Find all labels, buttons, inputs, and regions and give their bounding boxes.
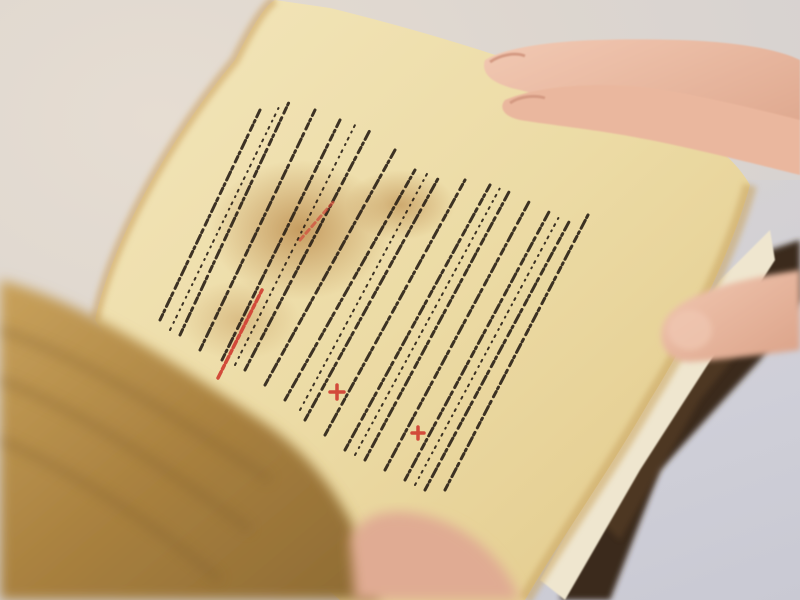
photo-scene: [0, 0, 800, 600]
manuscript-illustration: [0, 0, 800, 600]
